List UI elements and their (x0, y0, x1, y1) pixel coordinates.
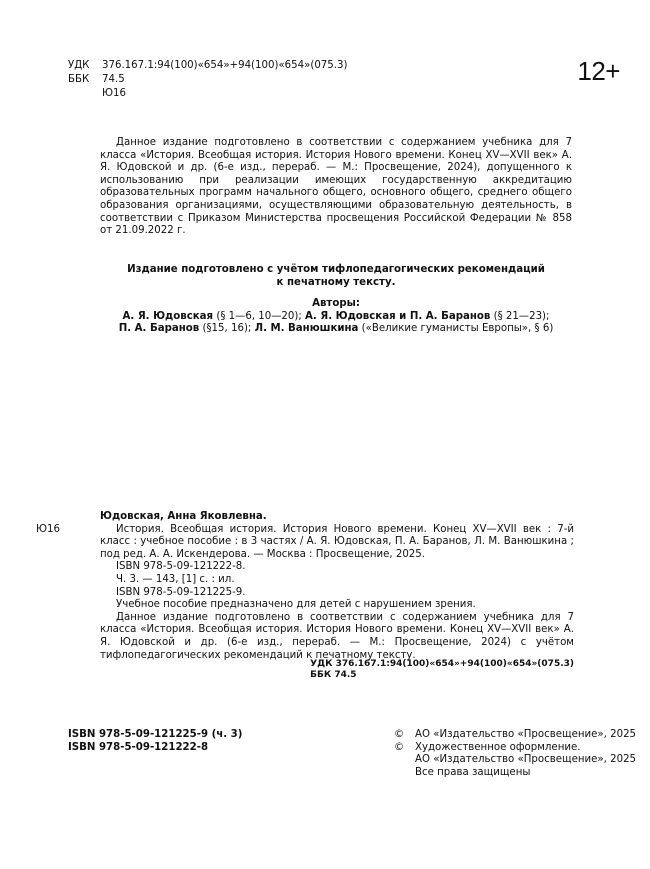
intro-text: Данное издание подготовлено в соответств… (100, 137, 572, 238)
author-sign: Ю16 (102, 88, 126, 102)
typhlo-line-2: к печатному тексту. (100, 277, 572, 290)
copyright-row: © АО «Издательство «Просвещение», 2025 (394, 729, 636, 742)
author-name: Л. М. Ванюшкина (255, 323, 359, 334)
card-isbn-general: ISBN 978-5-09-121222-8. (100, 561, 574, 574)
copyright-row: © Художественное оформление. (394, 742, 636, 755)
card-author-heading: Юдовская, Анна Яковлевна. (68, 511, 574, 524)
author-sections: (§ 21—23); (490, 311, 549, 322)
copyright-design: Художественное оформление. (415, 742, 581, 755)
authors-heading: Авторы: (90, 298, 582, 311)
author-name: А. Я. Юдовская и П. А. Баранов (305, 311, 490, 322)
copyright-publisher: АО «Издательство «Просвещение», 2025 (415, 729, 636, 742)
author-sections: («Великие гуманисты Европы», § 6) (358, 323, 553, 334)
card-note: Данное издание подготовлено в соответств… (100, 612, 574, 662)
copyright-block: © АО «Издательство «Просвещение», 2025 ©… (394, 729, 636, 779)
age-rating: 12+ (577, 56, 620, 87)
card-part-info: Ч. 3. — 143, [1] с. : ил. (100, 574, 574, 587)
authors-line-1: А. Я. Юдовская (§ 1—6, 10—20); А. Я. Юдо… (90, 311, 582, 324)
card-purpose: Учебное пособие предназначено для детей … (100, 599, 574, 612)
authors-line-2: П. А. Баранов (§15, 16); Л. М. Ванюшкина… (90, 323, 582, 336)
card-bbk: ББК 74.5 (310, 670, 574, 681)
rights-reserved: Все права защищены (415, 767, 530, 780)
card-body: Ю16 История. Всеобщая история. История Н… (68, 524, 574, 663)
classification-codes: УДК 376.167.1:94(100)«654»+94(100)«654»(… (68, 60, 347, 102)
card-code: Ю16 (36, 524, 60, 537)
card-udk: УДК 376.167.1:94(100)«654»+94(100)«654»(… (310, 659, 574, 670)
copyright-design-owner: АО «Издательство «Просвещение», 2025 (415, 754, 636, 767)
typhlo-line-1: Издание подготовлено с учётом тифлопедаг… (100, 264, 572, 277)
copyright-icon: © (394, 729, 415, 742)
card-title-text: История. Всеобщая история. История Новог… (100, 524, 574, 562)
authors-block: Авторы: А. Я. Юдовская (§ 1—6, 10—20); А… (90, 298, 582, 336)
copyright-row: Все права защищены (394, 767, 636, 780)
author-sign-row: Ю16 (68, 88, 347, 102)
author-sections: (§ 1—6, 10—20); (213, 311, 305, 322)
bbk-value: 74.5 (102, 74, 125, 88)
card-isbn-part: ISBN 978-5-09-121225-9. (100, 587, 574, 600)
catalog-card: Юдовская, Анна Яковлевна. Ю16 История. В… (68, 511, 574, 662)
copyright-row: АО «Издательство «Просвещение», 2025 (394, 754, 636, 767)
author-name: П. А. Баранов (119, 323, 200, 334)
card-codes: УДК 376.167.1:94(100)«654»+94(100)«654»(… (310, 659, 574, 681)
author-sections: (§15, 16); (199, 323, 254, 334)
footer-isbns: ISBN 978-5-09-121225-9 (ч. 3) ISBN 978-5… (68, 729, 242, 754)
intro-paragraph: Данное издание подготовлено в соответств… (100, 137, 572, 238)
udk-value: 376.167.1:94(100)«654»+94(100)«654»(075.… (102, 60, 347, 74)
copyright-icon: © (394, 742, 415, 755)
author-name: А. Я. Юдовская (123, 311, 214, 322)
udk-row: УДК 376.167.1:94(100)«654»+94(100)«654»(… (68, 60, 347, 74)
isbn-part: ISBN 978-5-09-121225-9 (ч. 3) (68, 729, 242, 742)
udk-label: УДК (68, 60, 102, 74)
bbk-label: ББК (68, 74, 102, 88)
typhlo-note: Издание подготовлено с учётом тифлопедаг… (100, 264, 572, 289)
isbn-general: ISBN 978-5-09-121222-8 (68, 742, 242, 755)
bbk-row: ББК 74.5 (68, 74, 347, 88)
